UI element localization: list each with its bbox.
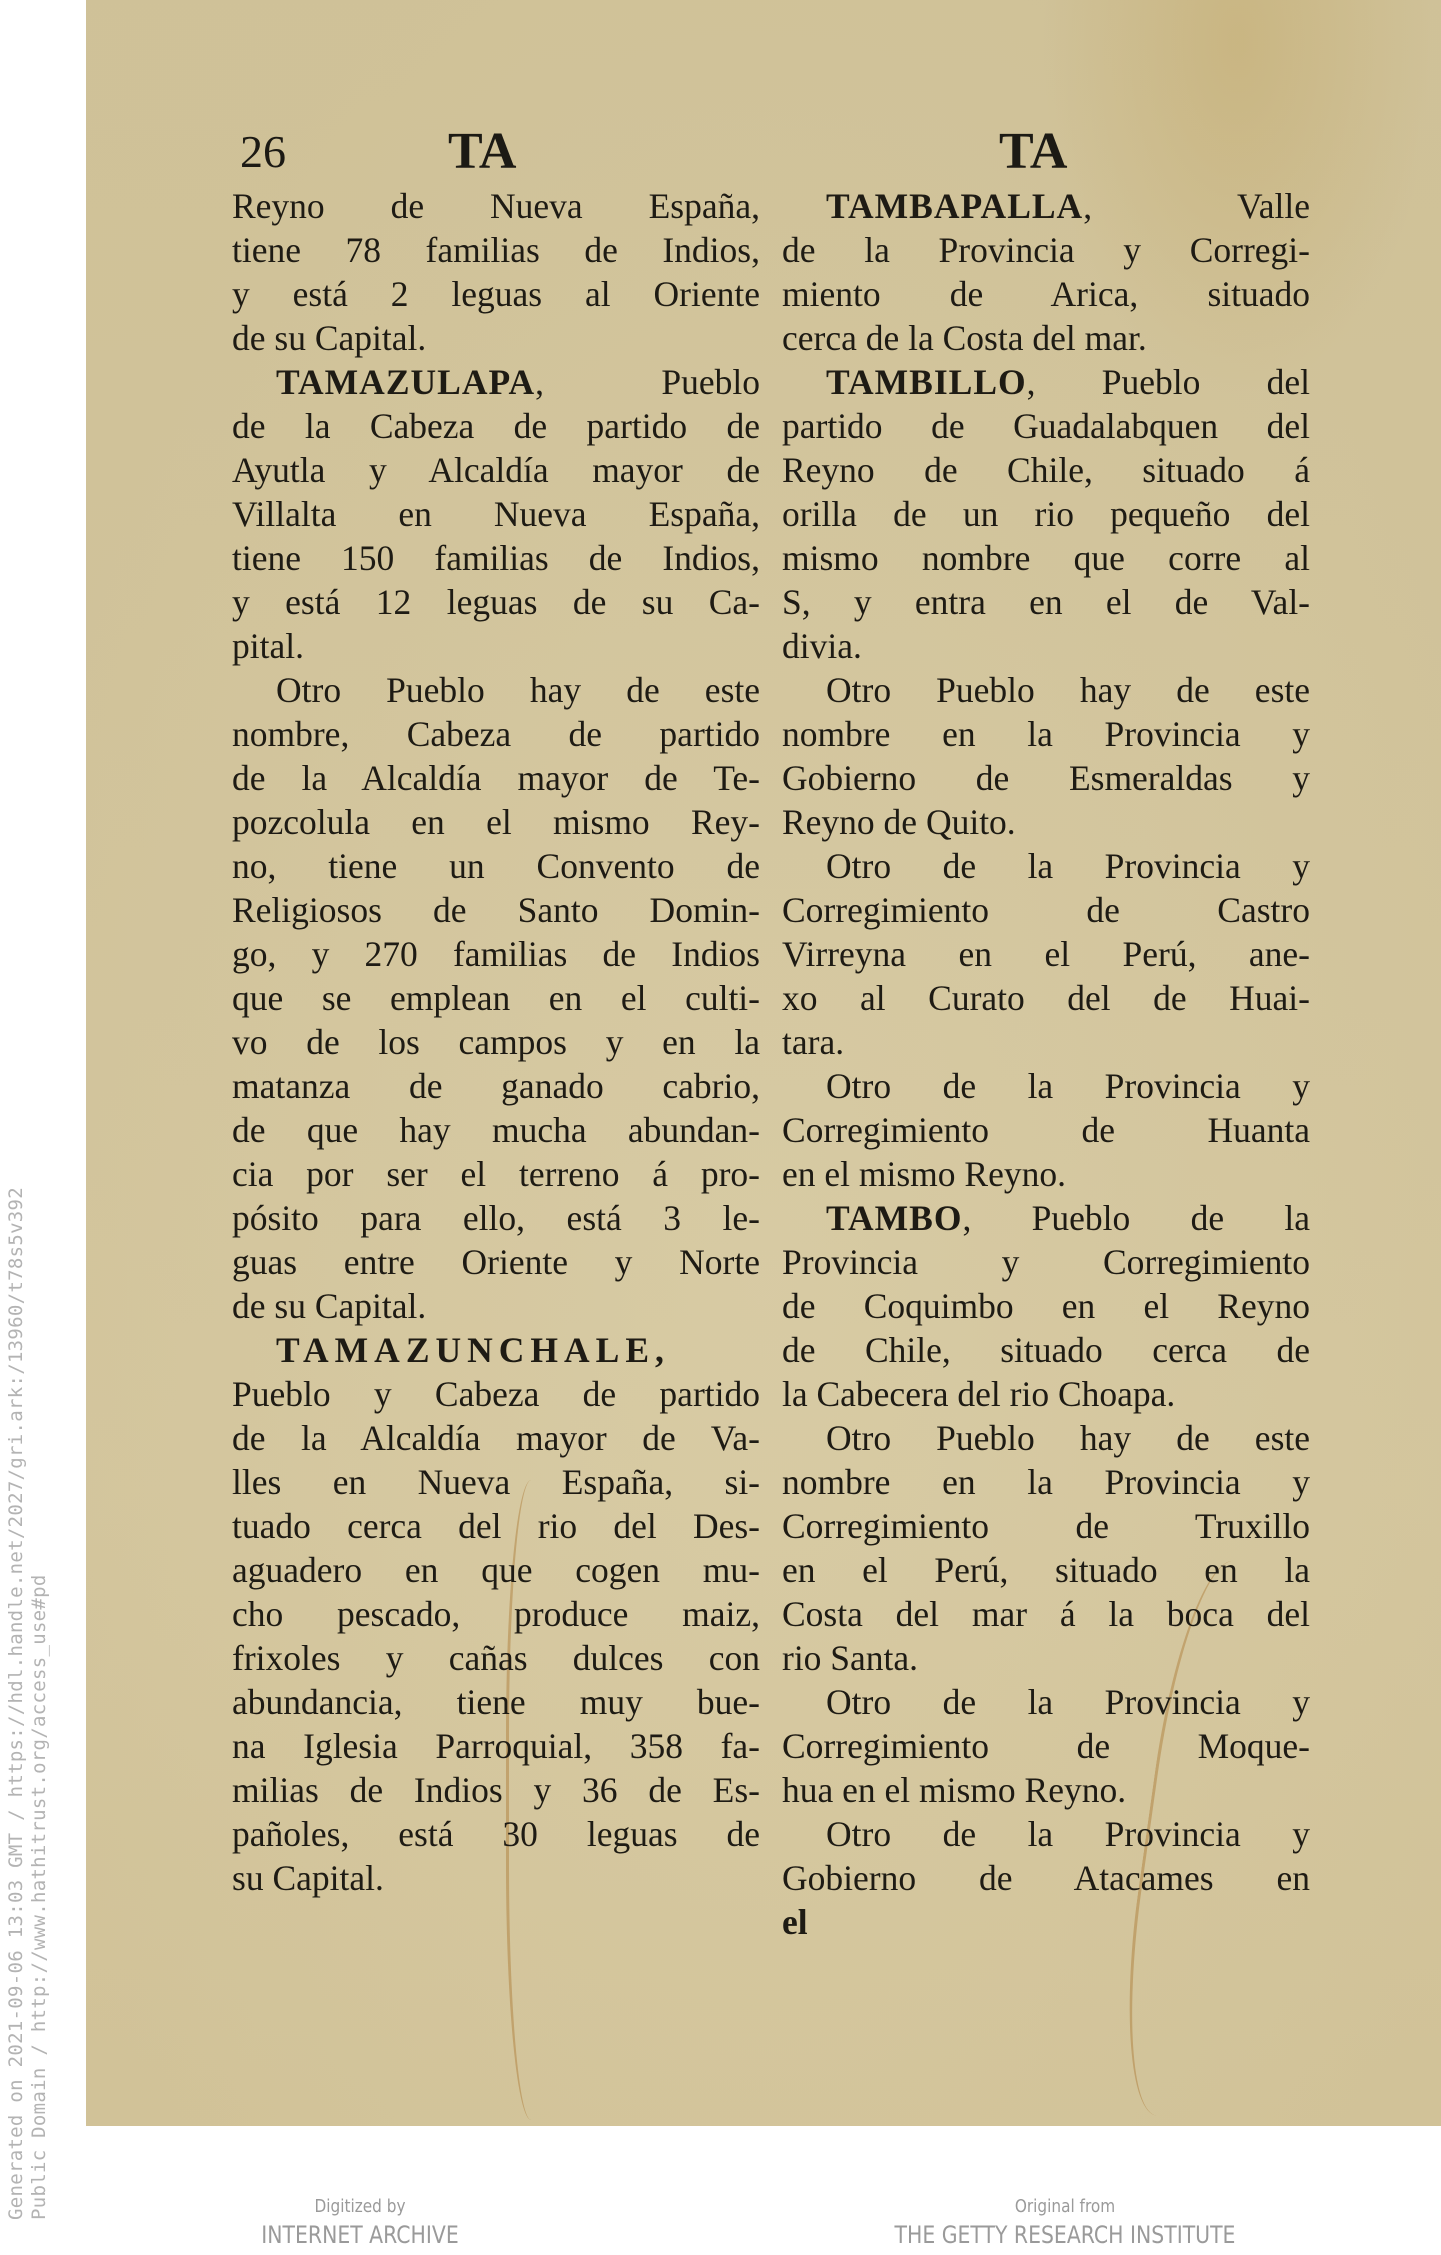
text-line: de Chile, situado cerca de bbox=[782, 1328, 1310, 1372]
text-line: tiene 150 familias de Indios, bbox=[232, 536, 760, 580]
text-line: S, y entra en el de Val- bbox=[782, 580, 1310, 624]
text-line: pañoles, está 30 leguas de bbox=[232, 1812, 760, 1856]
text-line: hua en el mismo Reyno. bbox=[782, 1768, 1310, 1812]
text-line: Otro de la Provincia y bbox=[782, 1680, 1310, 1724]
text-line: Religiosos de Santo Domin- bbox=[232, 888, 760, 932]
original-from-label: Original from bbox=[887, 2196, 1244, 2217]
text-line: Reyno de Quito. bbox=[782, 800, 1310, 844]
text-line: nombre, Cabeza de partido bbox=[232, 712, 760, 756]
text-line: cerca de la Costa del mar. bbox=[782, 316, 1310, 360]
text-line: Corregimiento de Huanta bbox=[782, 1108, 1310, 1152]
text-line: Corregimiento de Moque- bbox=[782, 1724, 1310, 1768]
text-line: cia por ser el terreno á pro- bbox=[232, 1152, 760, 1196]
page-number: 26 bbox=[240, 125, 286, 178]
text-line: mismo nombre que corre al bbox=[782, 536, 1310, 580]
text-line: su Capital. bbox=[232, 1856, 760, 1900]
text-line: Pueblo y Cabeza de partido bbox=[232, 1372, 760, 1416]
text-line: de la Alcaldía mayor de Te- bbox=[232, 756, 760, 800]
text-line: Otro de la Provincia y bbox=[782, 1812, 1310, 1856]
generation-stamp-line: Generated on 2021-09-06 13:03 GMT / http… bbox=[5, 1187, 27, 2220]
text-line: de Coquimbo en el Reyno bbox=[782, 1284, 1310, 1328]
text-line: de la Provincia y Corregi- bbox=[782, 228, 1310, 272]
entry-headword: TAMBAPALLA bbox=[826, 186, 1083, 226]
text-line: de su Capital. bbox=[232, 1284, 760, 1328]
getty-institute-label: THE GETTY RESEARCH INSTITUTE bbox=[887, 2221, 1244, 2249]
text-line: Gobierno de Esmeraldas y bbox=[782, 756, 1310, 800]
left-text-column: Reyno de Nueva España, tiene 78 familias… bbox=[232, 184, 760, 1900]
digitized-by-credit: Digitized by INTERNET ARCHIVE bbox=[205, 2196, 515, 2249]
rights-stamp-line: Public Domain / http://www.hathitrust.or… bbox=[28, 1574, 50, 2220]
text-line: partido de Guadalabquen del bbox=[782, 404, 1310, 448]
entry-tamazunchale: TAMAZUNCHALE, Pueblo y Cabeza de partido… bbox=[232, 1328, 760, 1900]
entry-otro-castro-virreyna: Otro de la Provincia y Corregimiento de … bbox=[782, 844, 1310, 1064]
text-line: Corregimiento de Castro bbox=[782, 888, 1310, 932]
text-line: Otro Pueblo hay de este bbox=[232, 668, 760, 712]
text-line: , Valle bbox=[1083, 186, 1310, 226]
text-line: Provincia y Corregimiento bbox=[782, 1240, 1310, 1284]
entry-otro-atacames: Otro de la Provincia y Gobierno de Ataca… bbox=[782, 1812, 1310, 1944]
text-line: y está 2 leguas al Oriente bbox=[232, 272, 760, 316]
text-line: Corregimiento de Truxillo bbox=[782, 1504, 1310, 1548]
text-line: no, tiene un Convento de bbox=[232, 844, 760, 888]
text-line: orilla de un rio pequeño del bbox=[782, 492, 1310, 536]
text-line: vo de los campos y en la bbox=[232, 1020, 760, 1064]
entry-tamazulapa: TAMAZULAPA, Pueblo de la Cabeza de parti… bbox=[232, 360, 760, 668]
text-line: tuado cerca del rio del Des- bbox=[232, 1504, 760, 1548]
text-line: Otro de la Provincia y bbox=[782, 844, 1310, 888]
text-line: en el mismo Reyno. bbox=[782, 1152, 1310, 1196]
text-line: cho pescado, produce maiz, bbox=[232, 1592, 760, 1636]
text-line: miento de Arica, situado bbox=[782, 272, 1310, 316]
entry-headword: TAMBILLO bbox=[826, 362, 1027, 402]
entry-otro-truxillo: Otro Pueblo hay de este nombre en la Pro… bbox=[782, 1416, 1310, 1680]
text-line: Gobierno de Atacames en bbox=[782, 1856, 1310, 1900]
entry-headword: TAMAZUNCHALE, bbox=[276, 1330, 670, 1370]
text-line: de la Cabeza de partido de bbox=[232, 404, 760, 448]
text-line: que se emplean en el culti- bbox=[232, 976, 760, 1020]
hathitrust-access-stamp: Generated on 2021-09-06 13:03 GMT / http… bbox=[0, 0, 86, 2255]
paragraph-continuation: Reyno de Nueva España, tiene 78 familias… bbox=[232, 184, 760, 360]
digitized-by-label: Digitized by bbox=[228, 2196, 492, 2217]
text-line: Otro Pueblo hay de este bbox=[782, 1416, 1310, 1460]
entry-otro-pueblo-esmeraldas: Otro Pueblo hay de este nombre en la Pro… bbox=[782, 668, 1310, 844]
text-line: de que hay mucha abundan- bbox=[232, 1108, 760, 1152]
text-line: nombre en la Provincia y bbox=[782, 1460, 1310, 1504]
text-line: guas entre Oriente y Norte bbox=[232, 1240, 760, 1284]
text-line: lles en Nueva España, si- bbox=[232, 1460, 760, 1504]
entry-headword: TAMAZULAPA bbox=[276, 362, 535, 402]
text-line: de su Capital. bbox=[232, 316, 760, 360]
text-line: matanza de ganado cabrio, bbox=[232, 1064, 760, 1108]
text-line: , Pueblo bbox=[535, 362, 760, 402]
text-line: aguadero en que cogen mu- bbox=[232, 1548, 760, 1592]
text-line: tiene 78 familias de Indios, bbox=[232, 228, 760, 272]
text-line: Otro de la Provincia y bbox=[782, 1064, 1310, 1108]
running-head-left: TA bbox=[448, 122, 516, 181]
text-line: go, y 270 familias de Indios bbox=[232, 932, 760, 976]
running-head-right: TA bbox=[999, 122, 1067, 181]
scanned-book-page: 26 TA TA Reyno de Nueva España, tiene 78… bbox=[86, 0, 1441, 2126]
original-from-credit: Original from THE GETTY RESEARCH INSTITU… bbox=[855, 2196, 1275, 2249]
entry-otro-huanta: Otro de la Provincia y Corregimiento de … bbox=[782, 1064, 1310, 1196]
text-line: en el Perú, situado en la bbox=[782, 1548, 1310, 1592]
text-line: la Cabecera del rio Choapa. bbox=[782, 1372, 1310, 1416]
text-line: rio Santa. bbox=[782, 1636, 1310, 1680]
text-line: nombre en la Provincia y bbox=[782, 712, 1310, 756]
text-line: , Pueblo de la bbox=[962, 1198, 1310, 1238]
text-line: na Iglesia Parroquial, 358 fa- bbox=[232, 1724, 760, 1768]
text-line: Reyno de Nueva España, bbox=[232, 184, 760, 228]
text-line: pozcolula en el mismo Rey- bbox=[232, 800, 760, 844]
text-line: Virreyna en el Perú, ane- bbox=[782, 932, 1310, 976]
entry-otro-moquehua: Otro de la Provincia y Corregimiento de … bbox=[782, 1680, 1310, 1812]
entry-headword: TAMBO bbox=[826, 1198, 962, 1238]
text-line: Costa del mar á la boca del bbox=[782, 1592, 1310, 1636]
right-text-column: TAMBAPALLA, Valle de la Provincia y Corr… bbox=[782, 184, 1310, 1944]
text-line: frixoles y cañas dulces con bbox=[232, 1636, 760, 1680]
entry-otro-pueblo: Otro Pueblo hay de este nombre, Cabeza d… bbox=[232, 668, 760, 1328]
entry-tambapalla: TAMBAPALLA, Valle de la Provincia y Corr… bbox=[782, 184, 1310, 360]
text-line: Villalta en Nueva España, bbox=[232, 492, 760, 536]
text-line: xo al Curato del de Huai- bbox=[782, 976, 1310, 1020]
text-line: divia. bbox=[782, 624, 1310, 668]
internet-archive-label: INTERNET ARCHIVE bbox=[228, 2221, 492, 2249]
text-line: Reyno de Chile, situado á bbox=[782, 448, 1310, 492]
text-line: tara. bbox=[782, 1020, 1310, 1064]
text-line: Ayutla y Alcaldía mayor de bbox=[232, 448, 760, 492]
text-line: pósito para ello, está 3 le- bbox=[232, 1196, 760, 1240]
text-line: Otro Pueblo hay de este bbox=[782, 668, 1310, 712]
text-line: y está 12 leguas de su Ca- bbox=[232, 580, 760, 624]
text-line: pital. bbox=[232, 624, 760, 668]
catchword: el bbox=[782, 1900, 1310, 1944]
text-line: , Pueblo del bbox=[1027, 362, 1310, 402]
text-line: de la Alcaldía mayor de Va- bbox=[232, 1416, 760, 1460]
text-line: abundancia, tiene muy bue- bbox=[232, 1680, 760, 1724]
entry-tambo: TAMBO, Pueblo de la Provincia y Corregim… bbox=[782, 1196, 1310, 1416]
text-line: milias de Indios y 36 de Es- bbox=[232, 1768, 760, 1812]
entry-tambillo: TAMBILLO, Pueblo del partido de Guadalab… bbox=[782, 360, 1310, 668]
